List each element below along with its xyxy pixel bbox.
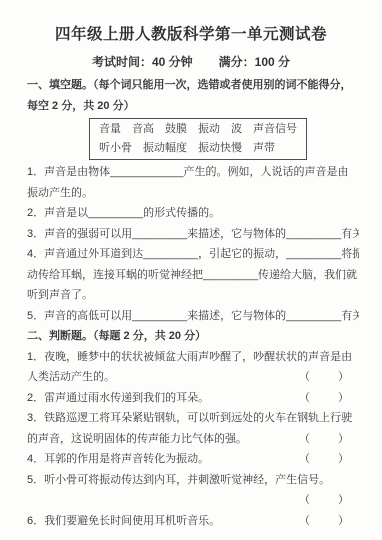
judge-q1-text: 人类活动产生的。 — [27, 367, 115, 388]
section1-heading-line1: 一、填空题。（每个词只能用一次，选错或者使用别的词不能得分， — [27, 75, 359, 96]
judge-q4-line1: 4．耳郭的作用是将声音转化为振动。 （ ） — [27, 449, 359, 470]
judge-q5-answer-parens: （ ） — [299, 490, 351, 511]
judge-q3-line1: 3．铁路巡逻工将耳朵紧贴钢轨，可以听到远处的火车在钢轨上行驶 — [27, 408, 359, 429]
judge-q4-answer-parens: （ ） — [299, 449, 351, 470]
judge-q3-line2: 的声音，这说明固体的传声能力比气体的强。 （ ） — [27, 429, 359, 450]
word-bank-box: 音量 音高 鼓膜 振动 波 声音信号 听小骨 振动幅度 振动快慢 声带 — [89, 118, 307, 160]
judge-q2-answer-parens: （ ） — [299, 388, 351, 409]
exam-time-label: 考试时间：40 分钟 — [92, 54, 193, 70]
judge-q2-text: 2．雷声通过雨水传递到我们的耳朵。 — [27, 388, 209, 409]
fill-q4-line1: 4．声音通过外耳道到达_________，引起它的振动，_________将振 — [27, 244, 359, 265]
fill-q2-line1: 2．声音是以_________的形式传播的。 — [27, 203, 359, 224]
fill-q4-line3: 听到声音了。 — [27, 285, 359, 306]
paper-body: 一、填空题。（每个词只能用一次，选错或者使用别的词不能得分， 每空 2 分，共 … — [0, 70, 382, 531]
word-bank-row2: 听小骨 振动幅度 振动快慢 声带 — [99, 139, 297, 158]
judge-q5-line1: 5．听小骨可将振动传达到内耳，并刺激听觉神经，产生信号。 — [27, 470, 359, 491]
judge-q6-answer-parens: （ ） — [299, 511, 351, 532]
exam-meta: 考试时间：40 分钟 满分：100 分 — [0, 54, 382, 70]
fill-q5-line1: 5．声音的高低可以用_________来描述，它与物体的_________有关。 — [27, 306, 359, 327]
judge-q3-answer-parens: （ ） — [299, 429, 351, 450]
page-title: 四年级上册人教版科学第一单元测试卷 — [0, 0, 382, 45]
test-paper-sheet: 四年级上册人教版科学第一单元测试卷 考试时间：40 分钟 满分：100 分 一、… — [0, 0, 382, 540]
section2-heading: 二、判断题。（每题 2 分，共 20 分） — [27, 326, 359, 347]
full-score-label: 满分：100 分 — [219, 54, 290, 70]
judge-q1-answer-parens: （ ） — [299, 367, 351, 388]
judge-q1-line2: 人类活动产生的。 （ ） — [27, 367, 359, 388]
judge-q6-text: 6．我们要避免长时间使用耳机听音乐。 — [27, 511, 220, 532]
judge-q4-text: 4．耳郭的作用是将声音转化为振动。 — [27, 449, 209, 470]
judge-q1-line1: 1．夜晚，睡梦中的状状被倾盆大雨声吵醒了，吵醒状状的声音是由 — [27, 347, 359, 368]
fill-q1-line1: 1．声音是由物体____________产生的。例如，人说话的声音是由 — [27, 162, 359, 183]
judge-q2-line1: 2．雷声通过雨水传递到我们的耳朵。 （ ） — [27, 388, 359, 409]
judge-q3-text: 的声音，这说明固体的传声能力比气体的强。 — [27, 429, 247, 450]
section1-heading-line2: 每空 2 分，共 20 分） — [27, 96, 359, 117]
fill-q4-line2: 动传给耳蜗，连接耳蜗的听觉神经把_________传递给大脑，我们就 — [27, 265, 359, 286]
judge-q6-line1: 6．我们要避免长时间使用耳机听音乐。 （ ） — [27, 511, 359, 532]
judge-q5-line2: （ ） — [27, 490, 359, 511]
fill-q3-line1: 3．声音的强弱可以用_________来描述，它与物体的_________有关。 — [27, 224, 359, 245]
word-bank-row1: 音量 音高 鼓膜 振动 波 声音信号 — [99, 120, 297, 139]
fill-q1-line2: 振动产生的。 — [27, 183, 359, 204]
